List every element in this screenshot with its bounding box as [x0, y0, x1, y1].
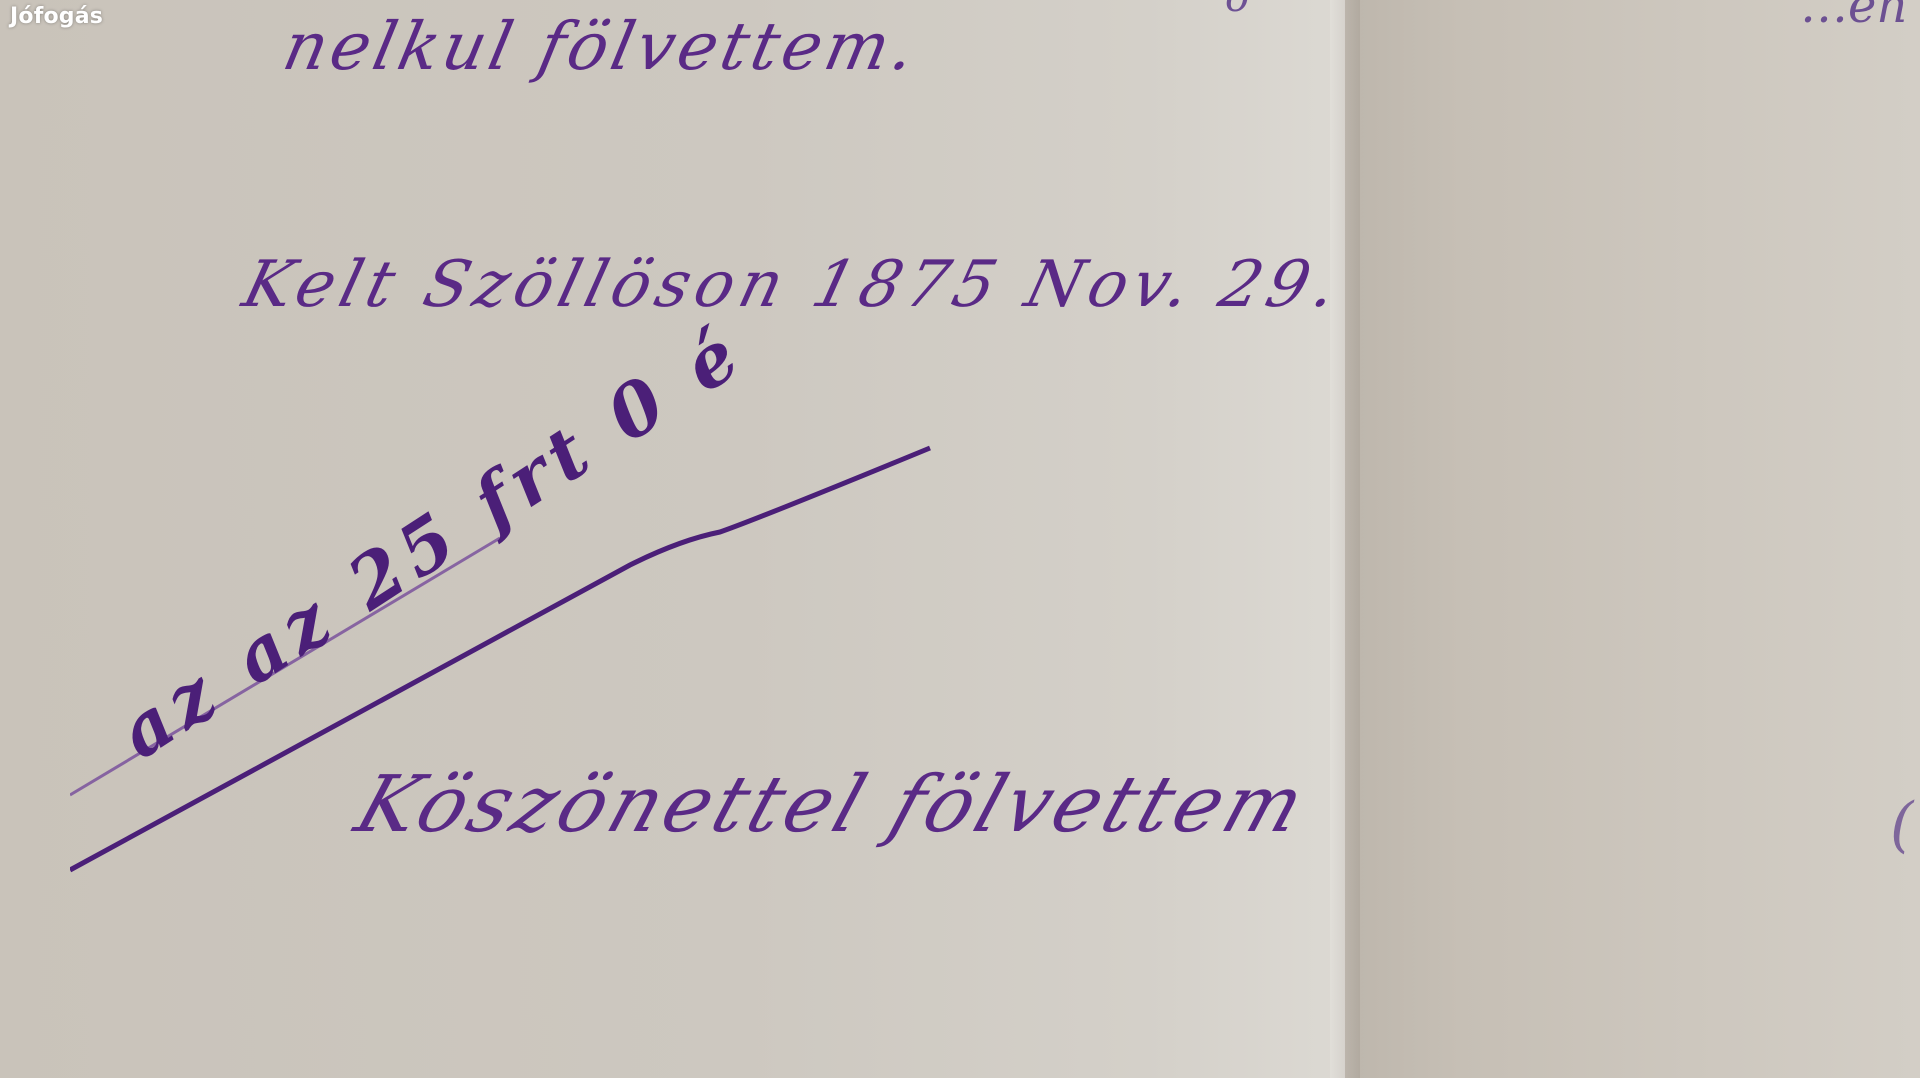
partial-text-top-middle: o	[1225, 0, 1249, 21]
watermark-logo: Jófogás	[10, 4, 103, 29]
handwritten-line-1: nelkul fölvettem.	[277, 8, 926, 85]
paper-fold	[1330, 0, 1360, 1078]
handwritten-signature-line: Köszönettel fölvettem	[345, 760, 1318, 850]
right-page	[1345, 0, 1920, 1078]
handwritten-date-line: Kelt Szöllöson 1875 Nov. 29.	[236, 248, 1350, 322]
partial-text-top-right: …en	[1800, 0, 1907, 34]
partial-text-right-edge: (	[1890, 790, 1913, 860]
